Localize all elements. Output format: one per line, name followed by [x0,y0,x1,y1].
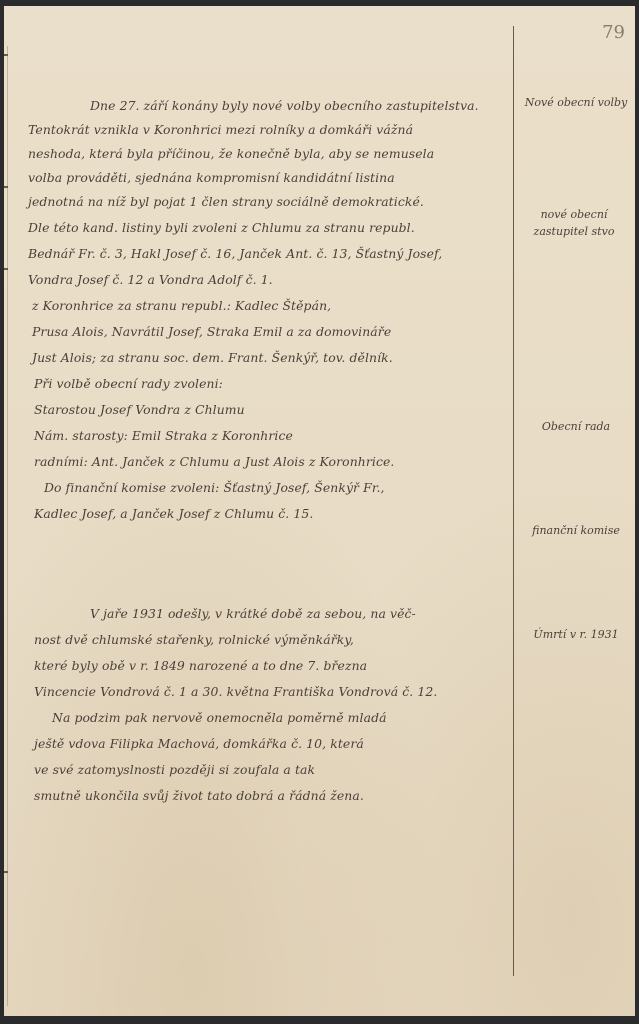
text-line: které byly obě v r. 1849 narozené a to d… [34,652,367,680]
page-number: 79 [602,22,625,43]
chronicle-page: 79 Dne 27. září konány byly nové volby o… [4,6,635,1016]
margin-note-deaths-1931: Úmrtí v r. 1931 [516,626,636,643]
margin-rule [513,26,514,976]
margin-note-finance-committee: finanční komise [516,522,636,539]
text-line: Na podzim pak nervově onemocněla poměrně… [52,704,387,732]
text-line: ve své zatomyslnosti později si zoufala … [34,756,315,784]
text-line: Prusa Alois, Navrátil Josef, Straka Emil… [32,318,391,346]
text-line: Dle této kand. listiny byli zvoleni z Ch… [28,214,415,242]
text-line: Bednář Fr. č. 3, Hakl Josef č. 16, Janče… [28,240,442,268]
text-line: jednotná na níž byl pojat 1 člen strany … [28,188,424,216]
text-line: nost dvě chlumské stařenky, rolnické vým… [34,626,354,654]
margin-note-new-council: nové obecní zastupitel stvo [524,206,624,240]
binding-mark [4,186,8,188]
text-line: Při volbě obecní rady zvoleni: [34,370,223,398]
text-line: Do finanční komise zvoleni: Šťastný Jose… [44,474,385,502]
text-line: Vincencie Vondrová č. 1 a 30. května Fra… [34,678,437,706]
text-line: Starostou Josef Vondra z Chlumu [34,396,245,424]
text-line: V jaře 1931 odešly, v krátké době za seb… [90,600,416,628]
margin-note-new-elections: Nové obecní volby [516,94,636,111]
binding-edge [7,46,8,1006]
text-line: ještě vdova Filipka Machová, domkářka č.… [34,730,364,758]
binding-mark [4,268,8,270]
binding-mark [4,54,8,56]
text-line: Nám. starosty: Emil Straka z Koronhrice [34,422,293,450]
text-line: Vondra Josef č. 12 a Vondra Adolf č. 1. [28,266,273,294]
binding-mark [4,871,8,873]
text-line: radními: Ant. Janček z Chlumu a Just Alo… [34,448,394,476]
text-line: z Koronhrice za stranu republ.: Kadlec Š… [32,292,331,320]
text-line: Just Alois; za stranu soc. dem. Frant. Š… [32,344,393,372]
text-line: smutně ukončila svůj život tato dobrá a … [34,782,364,810]
text-line: Kadlec Josef, a Janček Josef z Chlumu č.… [34,500,313,528]
margin-note-municipal-council: Obecní rada [516,418,636,435]
